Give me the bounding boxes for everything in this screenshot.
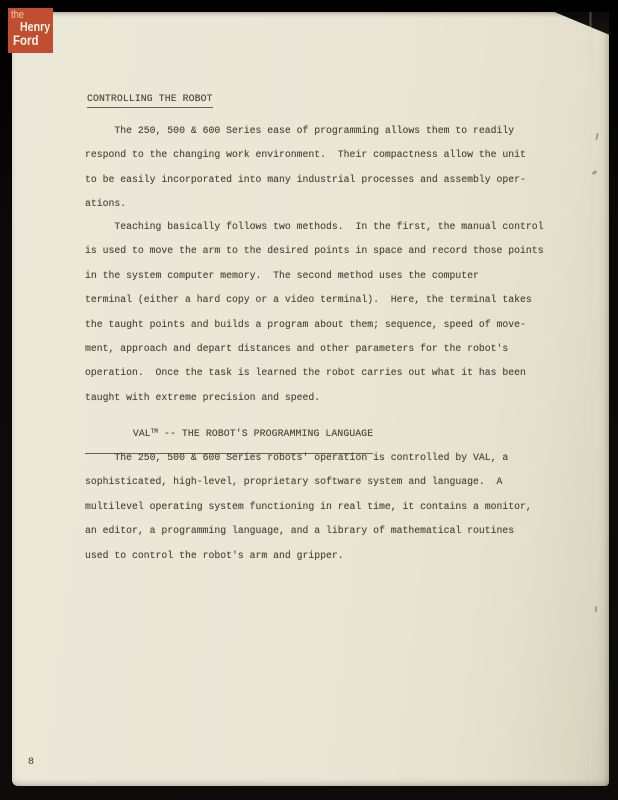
text-line: Teaching basically follows two methods. … (85, 215, 565, 239)
trademark-superscript: TM (151, 428, 158, 435)
text-line: taught with extreme precision and speed. (85, 386, 565, 410)
paper-crease (589, 12, 592, 786)
text-line: The 250, 500 & 600 Series ease of progra… (85, 119, 565, 143)
text-line: the taught points and builds a program a… (85, 313, 565, 337)
text-line: operation. Once the task is learned the … (85, 361, 565, 385)
henry-ford-logo: the Henry Ford (8, 8, 53, 53)
text-line: The 250, 500 & 600 Series robots' operat… (85, 446, 565, 470)
text-line: ations. (85, 192, 565, 216)
heading-val-rest: -- THE ROBOT'S PROGRAMMING LANGUAGE (158, 428, 373, 439)
text-line: an editor, a programming language, and a… (85, 519, 565, 543)
text-line: multilevel operating system functioning … (85, 495, 565, 519)
text-line: is used to move the arm to the desired p… (85, 239, 565, 263)
paragraph-teaching-methods: Teaching basically follows two methods. … (85, 215, 565, 410)
scan-background: CONTROLLING THE ROBOT The 250, 500 & 600… (0, 0, 618, 800)
text-line: ment, approach and depart distances and … (85, 337, 565, 361)
pencil-mark (595, 606, 598, 612)
pencil-mark (592, 170, 598, 175)
document-page: CONTROLLING THE ROBOT The 250, 500 & 600… (12, 12, 609, 786)
text-line: to be easily incorporated into many indu… (85, 168, 565, 192)
text-line: used to control the robot's arm and grip… (85, 544, 565, 568)
pencil-mark (595, 133, 598, 140)
text-line: in the system computer memory. The secon… (85, 264, 565, 288)
logo-word-ford: Ford (13, 33, 39, 48)
heading-val-word: VAL (133, 428, 151, 439)
text-line: terminal (either a hard copy or a video … (85, 288, 565, 312)
page-number: 8 (28, 757, 34, 768)
paragraph-ease-of-programming: The 250, 500 & 600 Series ease of progra… (85, 119, 565, 217)
page-corner-shadow (552, 12, 609, 35)
text-line: sophisticated, high-level, proprietary s… (85, 470, 565, 494)
paragraph-val-description: The 250, 500 & 600 Series robots' operat… (85, 446, 565, 568)
section-heading-controlling-the-robot: CONTROLLING THE ROBOT (87, 93, 213, 108)
logo-word-henry: Henry (20, 20, 50, 34)
text-line: respond to the changing work environment… (85, 143, 565, 167)
